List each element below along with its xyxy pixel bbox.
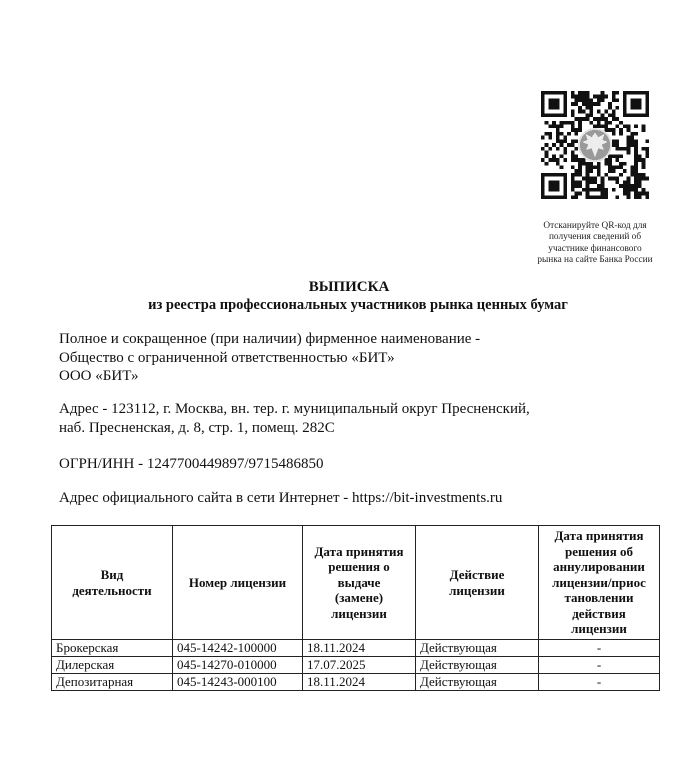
header-text: Дата принятия: [541, 528, 657, 544]
header-text: Номер лицензии: [175, 575, 300, 591]
company-name-label: Полное и сокращенное (при наличии) фирме…: [59, 330, 480, 349]
licenses-table: ВиддеятельностиНомер лицензииДата принят…: [51, 525, 660, 691]
cell-annulment-date: -: [539, 657, 660, 674]
header-text: лицензии: [305, 606, 413, 622]
table-header-row: ВиддеятельностиНомер лицензииДата принят…: [52, 526, 660, 640]
header-issue-date: Дата принятиярешения овыдаче(замене)лице…: [303, 526, 416, 640]
company-short-name: ООО «БИТ»: [59, 367, 480, 386]
cell-activity-type: Дилерская: [52, 657, 173, 674]
cell-license-status: Действующая: [416, 640, 539, 657]
header-text: Дата принятия: [305, 544, 413, 560]
document-subtitle: из реестра профессиональных участников р…: [0, 296, 698, 314]
cell-issue-date: 18.11.2024: [303, 640, 416, 657]
table-row: Депозитарная045-14243-00010018.11.2024Де…: [52, 674, 660, 691]
table-row: Брокерская045-14242-10000018.11.2024Дейс…: [52, 640, 660, 657]
company-name-block: Полное и сокращенное (при наличии) фирме…: [59, 330, 480, 386]
cell-license-status: Действующая: [416, 674, 539, 691]
document-title: ВЫПИСКА: [0, 278, 698, 296]
qr-caption: Отсканируйте QR-код для получения сведен…: [528, 221, 662, 267]
header-license-status: Действиелицензии: [416, 526, 539, 640]
cell-issue-date: 17.07.2025: [303, 657, 416, 674]
cell-license-number: 045-14243-000100: [173, 674, 303, 691]
cell-annulment-date: -: [539, 674, 660, 691]
header-text: действия: [541, 606, 657, 622]
header-text: решения о: [305, 559, 413, 575]
qr-caption-line: рынка на сайте Банка России: [528, 255, 662, 266]
header-text: тановлении: [541, 590, 657, 606]
cell-annulment-date: -: [539, 640, 660, 657]
header-text: решения об: [541, 544, 657, 560]
address-block: Адрес - 123112, г. Москва, вн. тер. г. м…: [59, 400, 530, 437]
qr-code-icon[interactable]: [541, 91, 649, 199]
cell-license-number: 045-14242-100000: [173, 640, 303, 657]
cell-activity-type: Брокерская: [52, 640, 173, 657]
website: Адрес официального сайта в сети Интернет…: [59, 489, 502, 508]
header-license-number: Номер лицензии: [173, 526, 303, 640]
company-full-name: Общество с ограниченной ответственностью…: [59, 349, 480, 368]
header-text: лицензии/приос: [541, 575, 657, 591]
header-text: аннулировании: [541, 559, 657, 575]
header-text: лицензии: [541, 621, 657, 637]
cell-license-number: 045-14270-010000: [173, 657, 303, 674]
qr-caption-line: участнике финансового: [528, 244, 662, 255]
header-text: выдаче: [305, 575, 413, 591]
address-line: наб. Пресненская, д. 8, стр. 1, помещ. 2…: [59, 419, 530, 438]
cell-issue-date: 18.11.2024: [303, 674, 416, 691]
address-line: Адрес - 123112, г. Москва, вн. тер. г. м…: [59, 400, 530, 419]
header-annulment-date: Дата принятиярешения обаннулированиилице…: [539, 526, 660, 640]
header-text: Вид: [54, 567, 170, 583]
header-text: Действие: [418, 567, 536, 583]
qr-caption-line: Отсканируйте QR-код для: [528, 221, 662, 232]
header-text: (замене): [305, 590, 413, 606]
qr-caption-line: получения сведений об: [528, 232, 662, 243]
header-text: деятельности: [54, 583, 170, 599]
cell-activity-type: Депозитарная: [52, 674, 173, 691]
cell-license-status: Действующая: [416, 657, 539, 674]
header-text: лицензии: [418, 583, 536, 599]
table-row: Дилерская045-14270-01000017.07.2025Дейст…: [52, 657, 660, 674]
ogrn-inn: ОГРН/ИНН - 1247700449897/9715486850: [59, 455, 324, 474]
header-activity-type: Виддеятельности: [52, 526, 173, 640]
qr-block: Отсканируйте QR-код для получения сведен…: [528, 88, 662, 267]
